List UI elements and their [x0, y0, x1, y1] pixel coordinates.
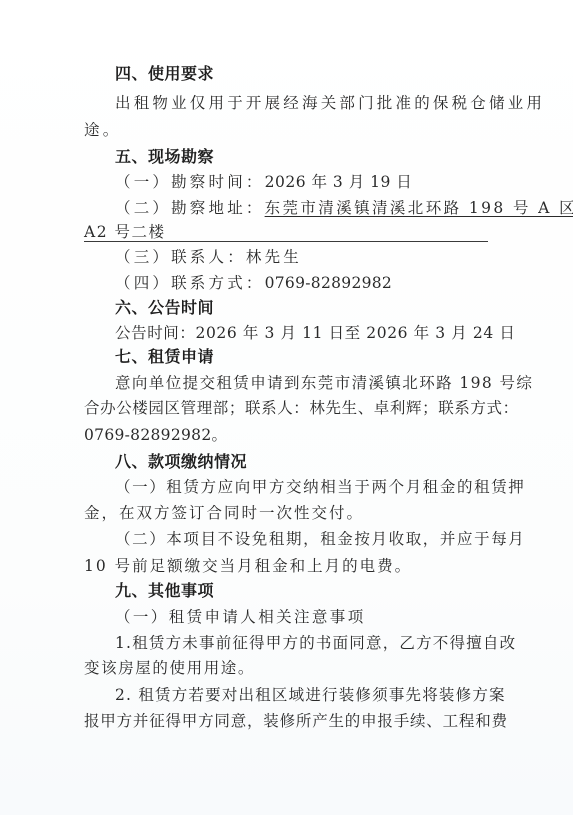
paragraph-line: 合办公楼园区管理部；联系人：林先生、卓利辉；联系方式：	[84, 395, 488, 421]
section-heading-usage-requirements: 四、使用要求	[115, 61, 488, 87]
paragraph-line: 出租物业仅用于开展经海关部门批准的保税仓储业用	[115, 90, 488, 116]
section-heading-payment: 八、款项缴纳情况	[115, 449, 488, 475]
subheading-applicant-notes: （一）租赁申请人相关注意事项	[115, 604, 488, 630]
contact-person: （三）联系人：林先生	[115, 244, 488, 270]
paragraph-line: （一）租赁方应向甲方交纳相当于两个月租金的租赁押	[115, 474, 488, 500]
paragraph-line: 10 号前足额缴交当月租金和上月的电费。	[84, 553, 488, 579]
address-underline	[84, 241, 488, 242]
paragraph-line: 2. 租赁方若要对出租区域进行装修须事先将装修方案	[115, 682, 488, 708]
survey-time-label: （一）勘察时间：	[115, 173, 265, 191]
paragraph-line: 变该房屋的使用用途。	[84, 655, 488, 681]
contact-method-label: （四）联系方式：	[115, 274, 265, 292]
paragraph-line: 意向单位提交租赁申请到东莞市清溪镇北环路 198 号综	[115, 370, 488, 396]
paragraph-line: （二）本项目不设免租期，租金按月收取，并应于每月	[115, 526, 488, 552]
contact-person-label: （三）联系人：	[115, 248, 246, 266]
contact-method-value: 0769-82892982	[265, 274, 392, 292]
notice-period: 公告时间：2026 年 3 月 11 日至 2026 年 3 月 24 日	[115, 320, 488, 346]
paragraph-line: 1.租赁方未事前征得甲方的书面同意，乙方不得擅自改	[115, 630, 488, 656]
survey-time-value: 2026 年 3 月 19 日	[265, 173, 413, 191]
section-heading-lease-application: 七、租赁申请	[115, 344, 488, 370]
survey-address-value-line2: A2 号二楼	[84, 223, 165, 241]
paragraph-line: 途。	[84, 117, 488, 143]
survey-address-value: 东莞市清溪镇清溪北环路 198 号 A 区	[265, 199, 573, 217]
section-heading-other-matters: 九、其他事项	[115, 578, 488, 604]
section-heading-site-survey: 五、现场勘察	[115, 144, 488, 170]
contact-person-value: 林先生	[246, 248, 302, 266]
paragraph-line: 报甲方并征得甲方同意，装修所产生的申报手续、工程和费	[84, 708, 488, 734]
contact-method: （四）联系方式：0769-82892982	[115, 270, 488, 296]
survey-address: （二）勘察地址：东莞市清溪镇清溪北环路 198 号 A 区	[115, 195, 488, 221]
survey-time: （一）勘察时间：2026 年 3 月 19 日	[115, 169, 488, 195]
paragraph-line: 0769-82892982。	[84, 422, 488, 448]
survey-address-label: （二）勘察地址：	[115, 199, 265, 217]
document-page: 四、使用要求 出租物业仅用于开展经海关部门批准的保税仓储业用 途。 五、现场勘察…	[0, 0, 573, 815]
paragraph-line: 金，在双方签订合同时一次性交付。	[84, 500, 488, 526]
section-heading-notice-period: 六、公告时间	[115, 295, 488, 321]
